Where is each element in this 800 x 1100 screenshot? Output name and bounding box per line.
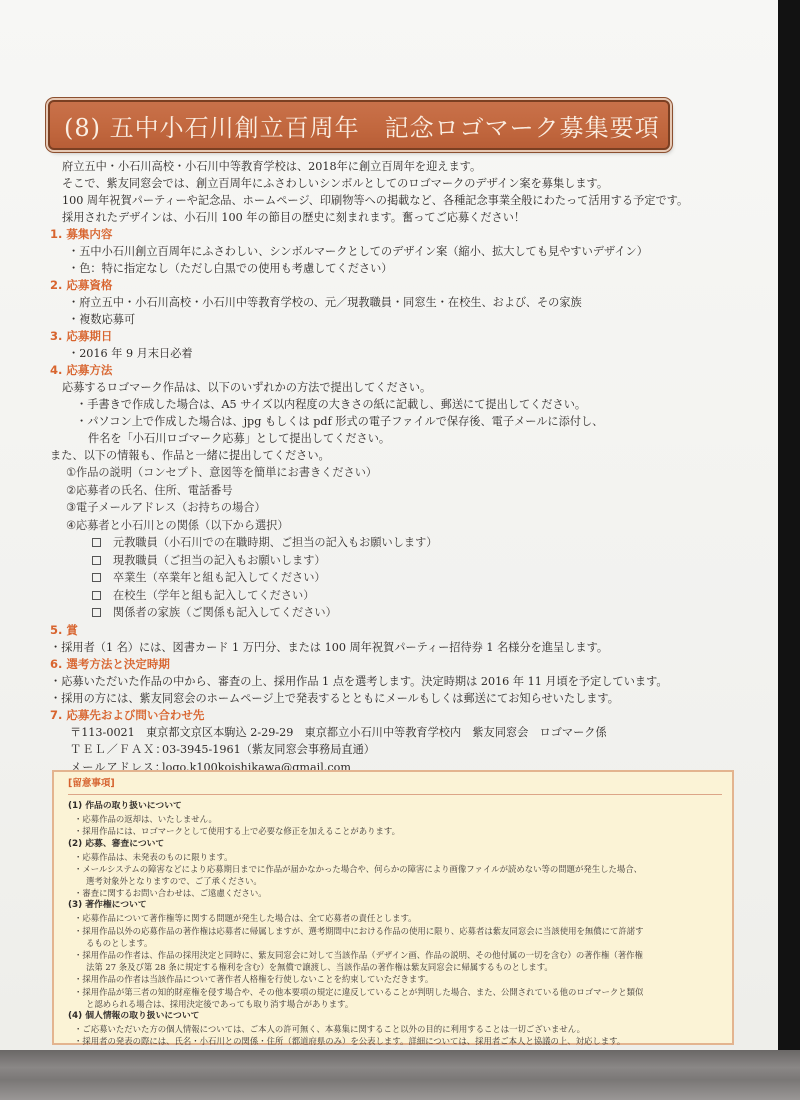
checkbox-icon (92, 538, 101, 547)
list-item: ・採用の方には、紫友同窓会のホームページ上で発表するとともにメールもしくは郵送に… (50, 690, 762, 707)
section-heading-eligibility: 2. 応募資格 (50, 277, 762, 294)
intro: 府立五中・小石川高校・小石川中等教育学校は、2018年に創立百周年を迎えます。 … (62, 158, 762, 226)
main-content: 府立五中・小石川高校・小石川中等教育学校は、2018年に創立百周年を迎えます。 … (62, 158, 762, 811)
intro-line: 府立五中・小石川高校・小石川中等教育学校は、2018年に創立百周年を迎えます。 (62, 158, 762, 175)
note-item: ・採用作品には、ロゴマークとして使用する上で必要な修正を加えることがあります。 (68, 825, 722, 837)
note-item: ・ご応募いただいた方の個人情報については、ご本人の許可無く、本募集に関すること以… (68, 1023, 722, 1035)
list-item: ・五中小石川創立百周年にふさわしい、シンボルマークとしてのデザイン案（縮小、拡大… (62, 243, 762, 260)
section-heading-method: 4. 応募方法 (50, 362, 762, 379)
note-item-continued: るものとします。 (68, 937, 722, 949)
relation-label: 元教職員（小石川での在職時期、ご担当の記入もお願いします） (113, 534, 437, 552)
note-item-continued: 選考対象外となりますので、ご了承ください。 (68, 875, 722, 887)
list-item: ・手書きで作成した場合は、A5 サイズ以内程度の大きさの紙に記載し、郵送にて提出… (62, 396, 762, 413)
notes-title: [留意事項] (68, 778, 722, 795)
info-item: ④応募者と小石川との関係（以下から選択） (62, 517, 762, 535)
intro-line: 採用されたデザインは、小石川 100 年の節目の歴史に刻まれます。奮ってご応募く… (62, 209, 762, 226)
scan-edge-bottom (0, 1050, 800, 1100)
note-item-continued: と認められる場合は、採用決定後であっても取り消す場合があります。 (68, 998, 722, 1010)
list-item: ・パソコン上で作成した場合は、jpg もしくは pdf 形式の電子ファイルで保存… (62, 413, 762, 430)
checkbox-icon (92, 573, 101, 582)
note-item: ・採用作品の作者は当該作品について著作者人格権を行使しないことを約束していただき… (68, 973, 722, 985)
page-title: (8) 五中小石川創立百周年 記念ロゴマーク募集要項 (64, 108, 660, 143)
relation-label: 関係者の家族（ご関係も記入してください） (113, 604, 337, 622)
note-item: ・採用作品以外の応募作品の著作権は応募者に帰属しますが、選考期間中における作品の… (68, 925, 722, 937)
relation-option: 元教職員（小石川での在職時期、ご担当の記入もお願いします） (62, 534, 762, 552)
relation-label: 卒業生（卒業年と組も記入してください） (113, 569, 326, 587)
note-item: ・採用作品の作者は、作品の採用決定と同時に、紫友同窓会に対して当該作品（デザイン… (68, 949, 722, 961)
info-item: ①作品の説明（コンセプト、意図等を簡単にお書きください） (62, 464, 762, 482)
list-item: ・複数応募可 (62, 311, 762, 328)
notes-heading: (4) 個人情報の取り扱いについて (68, 1010, 722, 1023)
intro-line: そこで、紫友同窓会では、創立百周年にふさわしいシンボルとしてのロゴマークのデザイ… (62, 175, 762, 192)
list-item: ・2016 年 9 月末日必着 (62, 345, 762, 362)
list-item: ・色：特に指定なし（ただし白黒での使用も考慮してください） (62, 260, 762, 277)
scan-edge-right (778, 0, 800, 1050)
list-item-continued: 件名を「小石川ロゴマーク応募」として提出してください。 (62, 430, 762, 447)
notes-heading: (1) 作品の取り扱いについて (68, 800, 722, 813)
note-item: ・メールシステムの障害などにより応募期日までに作品が届かなかった場合や、何らかの… (68, 863, 722, 875)
notes-heading: (2) 応募、審査について (68, 838, 722, 851)
section-heading-recruitment: 1. 募集内容 (50, 226, 762, 243)
method-also: また、以下の情報も、作品と一緒に提出してください。 (50, 447, 762, 464)
checkbox-icon (92, 556, 101, 565)
method-lead: 応募するロゴマーク作品は、以下のいずれかの方法で提出してください。 (62, 379, 762, 396)
section-heading-selection: 6. 選考方法と決定時期 (50, 656, 762, 673)
notes-box: [留意事項] (1) 作品の取り扱いについて ・応募作品の返却は、いたしません。… (52, 770, 734, 1045)
checkbox-icon (92, 608, 101, 617)
contact-address: 〒113-0021 東京都文京区本駒込 2-29-29 東京都立小石川中等教育学… (62, 724, 762, 742)
section-heading-prize: 5. 賞 (50, 622, 762, 639)
relation-label: 在校生（学年と組も記入してください） (113, 587, 314, 605)
note-item: ・採用者の発表の際には、氏名・小石川との関係・住所（都道府県のみ）を公表します。… (68, 1035, 722, 1047)
relation-option: 現教職員（ご担当の記入もお願いします） (62, 552, 762, 570)
tel-label: ＴＥＬ／ＦＡＸ： (70, 741, 162, 759)
list-item: ・採用者（1 名）には、図書カード 1 万円分、または 100 周年祝賀パーティ… (50, 639, 762, 656)
relation-option: 関係者の家族（ご関係も記入してください） (62, 604, 762, 622)
relation-label: 現教職員（ご担当の記入もお願いします） (113, 552, 326, 570)
intro-line: 100 周年祝賀パーティーや記念品、ホームページ、印刷物等への掲載など、各種記念… (62, 192, 762, 209)
note-item-continued: 法第 27 条及び第 28 条に規定する権利を含む）を無償で譲渡し、当該作品の著… (68, 961, 722, 973)
notes-heading: (3) 著作権について (68, 899, 722, 912)
title-banner: (8) 五中小石川創立百周年 記念ロゴマーク募集要項 (48, 100, 670, 150)
section-heading-deadline: 3. 応募期日 (50, 328, 762, 345)
note-item: ・採用作品が第三者の知的財産権を侵す場合や、その他本要項の規定に違反していること… (68, 986, 722, 998)
tel-value: 03-3945-1961（紫友同窓会事務局直通） (162, 743, 375, 756)
relation-option: 在校生（学年と組も記入してください） (62, 587, 762, 605)
info-item: ②応募者の氏名、住所、電話番号 (62, 482, 762, 500)
list-item: ・府立五中・小石川高校・小石川中等教育学校の、元／現教職員・同窓生・在校生、およ… (62, 294, 762, 311)
note-item: ・審査に関するお問い合わせは、ご遠慮ください。 (68, 887, 722, 899)
info-item: ③電子メールアドレス（お持ちの場合） (62, 499, 762, 517)
section-heading-contact: 7. 応募先および問い合わせ先 (50, 707, 762, 724)
note-item: ・応募作品の返却は、いたしません。 (68, 813, 722, 825)
contact-tel: ＴＥＬ／ＦＡＸ：03-3945-1961（紫友同窓会事務局直通） (62, 741, 762, 759)
relation-option: 卒業生（卒業年と組も記入してください） (62, 569, 762, 587)
note-item: ・応募作品について著作権等に関する問題が発生した場合は、全て応募者の責任とします… (68, 912, 722, 924)
list-item: ・応募いただいた作品の中から、審査の上、採用作品 1 点を選考します。決定時期は… (50, 673, 762, 690)
checkbox-icon (92, 591, 101, 600)
note-item: ・応募作品は、未発表のものに限ります。 (68, 851, 722, 863)
